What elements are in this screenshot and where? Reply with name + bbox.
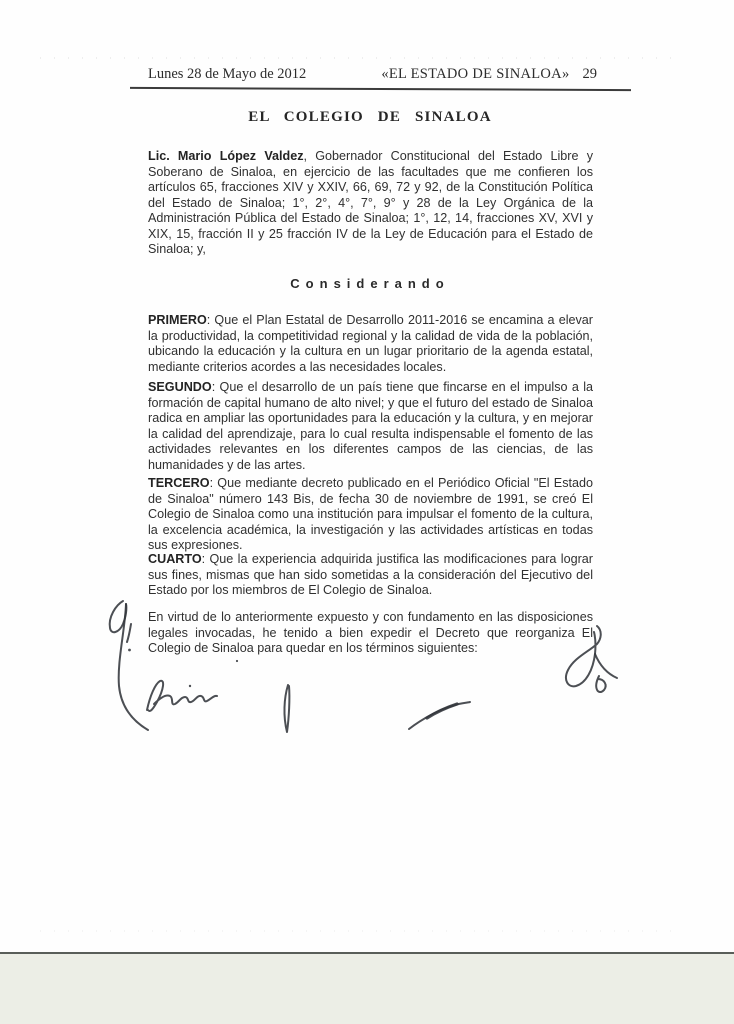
- handwritten-word: [147, 681, 217, 711]
- clause-cuarto-label: CUARTO: [148, 552, 202, 566]
- scanner-bed-edge: [0, 952, 734, 1024]
- clause-segundo: SEGUNDO: Que el desarrollo de un país ti…: [148, 380, 593, 473]
- clause-primero-label: PRIMERO: [148, 313, 207, 327]
- clause-primero-text: : Que el Plan Estatal de Desarrollo 2011…: [148, 313, 593, 374]
- header-rule: [130, 87, 631, 91]
- scanned-document-page: Lunes 28 de Mayo de 2012 «EL ESTADO DE S…: [0, 0, 734, 1024]
- pen-stroke-loop: [284, 685, 289, 732]
- page-header: Lunes 28 de Mayo de 2012 «EL ESTADO DE S…: [148, 66, 597, 83]
- closing-paragraph: En virtud de lo anteriormente expuesto y…: [148, 610, 593, 657]
- clause-primero: PRIMERO: Que el Plan Estatal de Desarrol…: [148, 313, 593, 375]
- clause-cuarto-text: : Que la experiencia adquirida justifica…: [148, 552, 593, 597]
- header-publication-name: «EL ESTADO DE SINALOA»: [381, 66, 569, 83]
- pen-stroke-dash: [409, 702, 470, 729]
- clause-cuarto: CUARTO: Que la experiencia adquirida jus…: [148, 552, 593, 599]
- ink-dot: [236, 660, 238, 662]
- clause-tercero-label: TERCERO: [148, 476, 210, 490]
- scan-noise-row: [40, 57, 680, 59]
- intro-signatory-name: Lic. Mario López Valdez: [148, 149, 304, 163]
- intro-paragraph-text: , Gobernador Constitucional del Estado L…: [148, 149, 593, 256]
- header-right-group: «EL ESTADO DE SINALOA» 29: [381, 66, 597, 83]
- clause-tercero: TERCERO: Que mediante decreto publicado …: [148, 476, 593, 554]
- header-page-number: 29: [583, 66, 598, 83]
- intro-paragraph: Lic. Mario López Valdez, Gobernador Cons…: [148, 149, 593, 258]
- clause-segundo-text: : Que el desarrollo de un país tiene que…: [148, 380, 593, 472]
- header-date: Lunes 28 de Mayo de 2012: [148, 66, 306, 83]
- document-title: EL COLEGIO DE SINALOA: [148, 109, 592, 126]
- clause-segundo-label: SEGUNDO: [148, 380, 212, 394]
- considerando-heading: Considerando: [148, 276, 592, 291]
- scan-noise-row: [40, 930, 680, 932]
- clause-tercero-text: : Que mediante decreto publicado en el P…: [148, 476, 593, 552]
- signature-mark-left-flourish: [110, 601, 148, 730]
